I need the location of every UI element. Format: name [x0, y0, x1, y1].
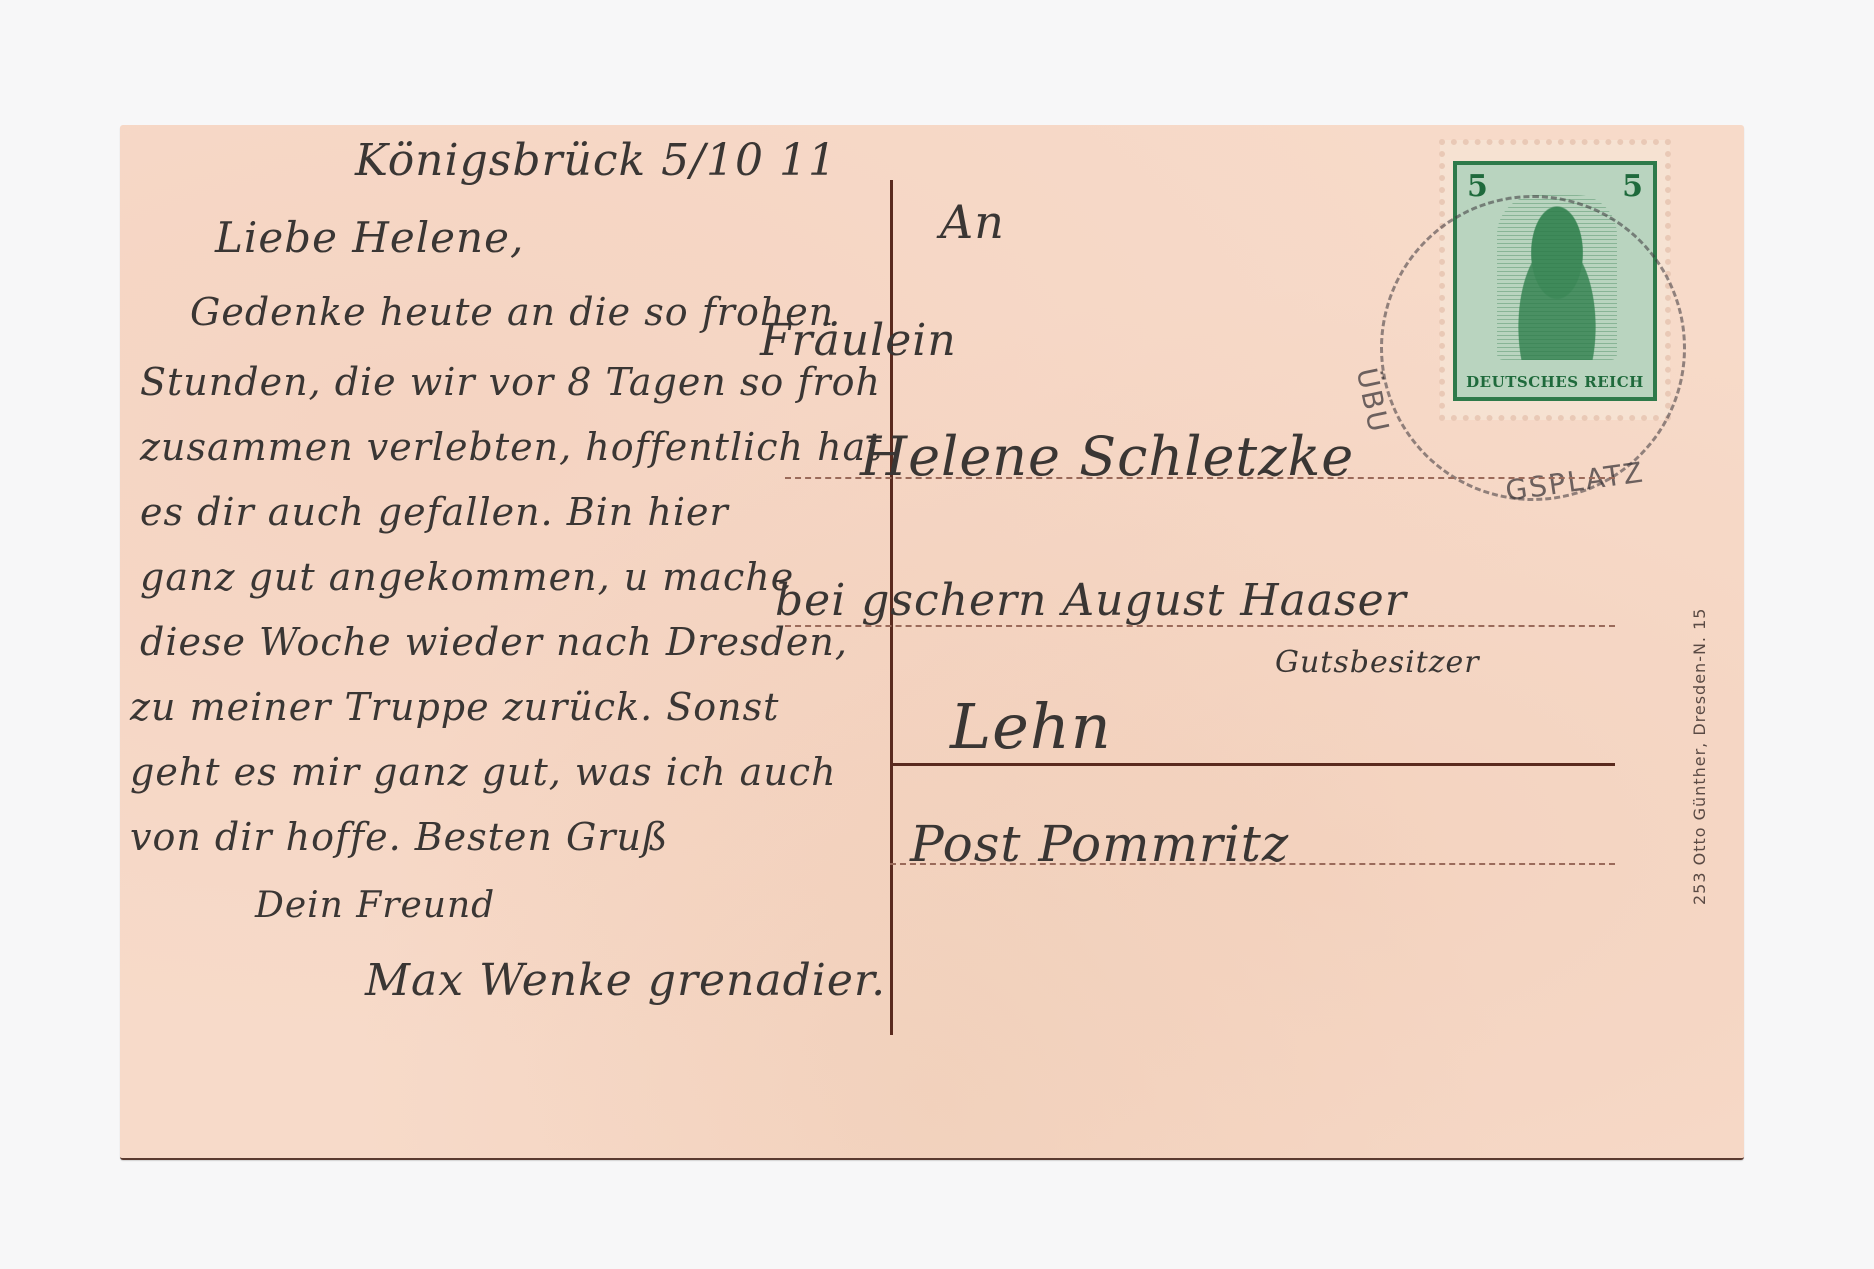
address-note: Gutsbesitzer: [1275, 645, 1480, 680]
message-line: zusammen verlebten, hoffentlich hat: [140, 425, 883, 469]
address-dotted-line-2: [785, 625, 1615, 627]
address-dotted-line-1: [785, 477, 1615, 479]
closing: Dein Freund: [255, 885, 495, 926]
address-line-3: bei gschern August Haaser: [775, 575, 1407, 626]
address-dotted-line-3: [890, 863, 1615, 865]
place-date: Königsbrück 5/10 11: [355, 135, 837, 186]
address-solid-line: [890, 763, 1615, 766]
message-line: ganz gut angekommen, u mache: [140, 555, 794, 599]
postage-stamp: 5 5 DEUTSCHES REICH: [1445, 145, 1665, 415]
salutation: Liebe Helene,: [215, 213, 524, 262]
publisher-imprint: 253 Otto Günther, Dresden-N. 15: [1690, 608, 1709, 905]
germania-figure-icon: [1497, 195, 1617, 360]
message-line: Gedenke heute an die so frohen: [190, 290, 834, 334]
message-line: zu meiner Truppe zurück. Sonst: [130, 685, 779, 729]
address-title: Fräulein: [760, 315, 957, 366]
postmark-text-bottom: GSPLATZ: [1503, 455, 1646, 507]
message-line: geht es mir ganz gut, was ich auch: [130, 750, 837, 794]
postcard: Königsbrück 5/10 11 Liebe Helene, Gedenk…: [120, 125, 1744, 1160]
message-line: Stunden, die wir vor 8 Tagen so froh: [140, 360, 881, 404]
message-line: diese Woche wieder nach Dresden,: [140, 620, 848, 664]
stamp-value-right: 5: [1622, 169, 1643, 204]
signature: Max Wenke grenadier.: [365, 955, 886, 1006]
message-line: es dir auch gefallen. Bin hier: [140, 490, 729, 534]
message-line: von dir hoffe. Besten Gruß: [130, 815, 668, 859]
stamp-frame: 5 5 DEUTSCHES REICH: [1453, 161, 1657, 401]
stamp-country: DEUTSCHES REICH: [1457, 373, 1653, 391]
stamp-value-left: 5: [1467, 169, 1488, 204]
address-prefix: An: [940, 195, 1005, 249]
address-town: Lehn: [950, 690, 1112, 763]
postmark-text-left: ÜBU: [1350, 365, 1396, 437]
